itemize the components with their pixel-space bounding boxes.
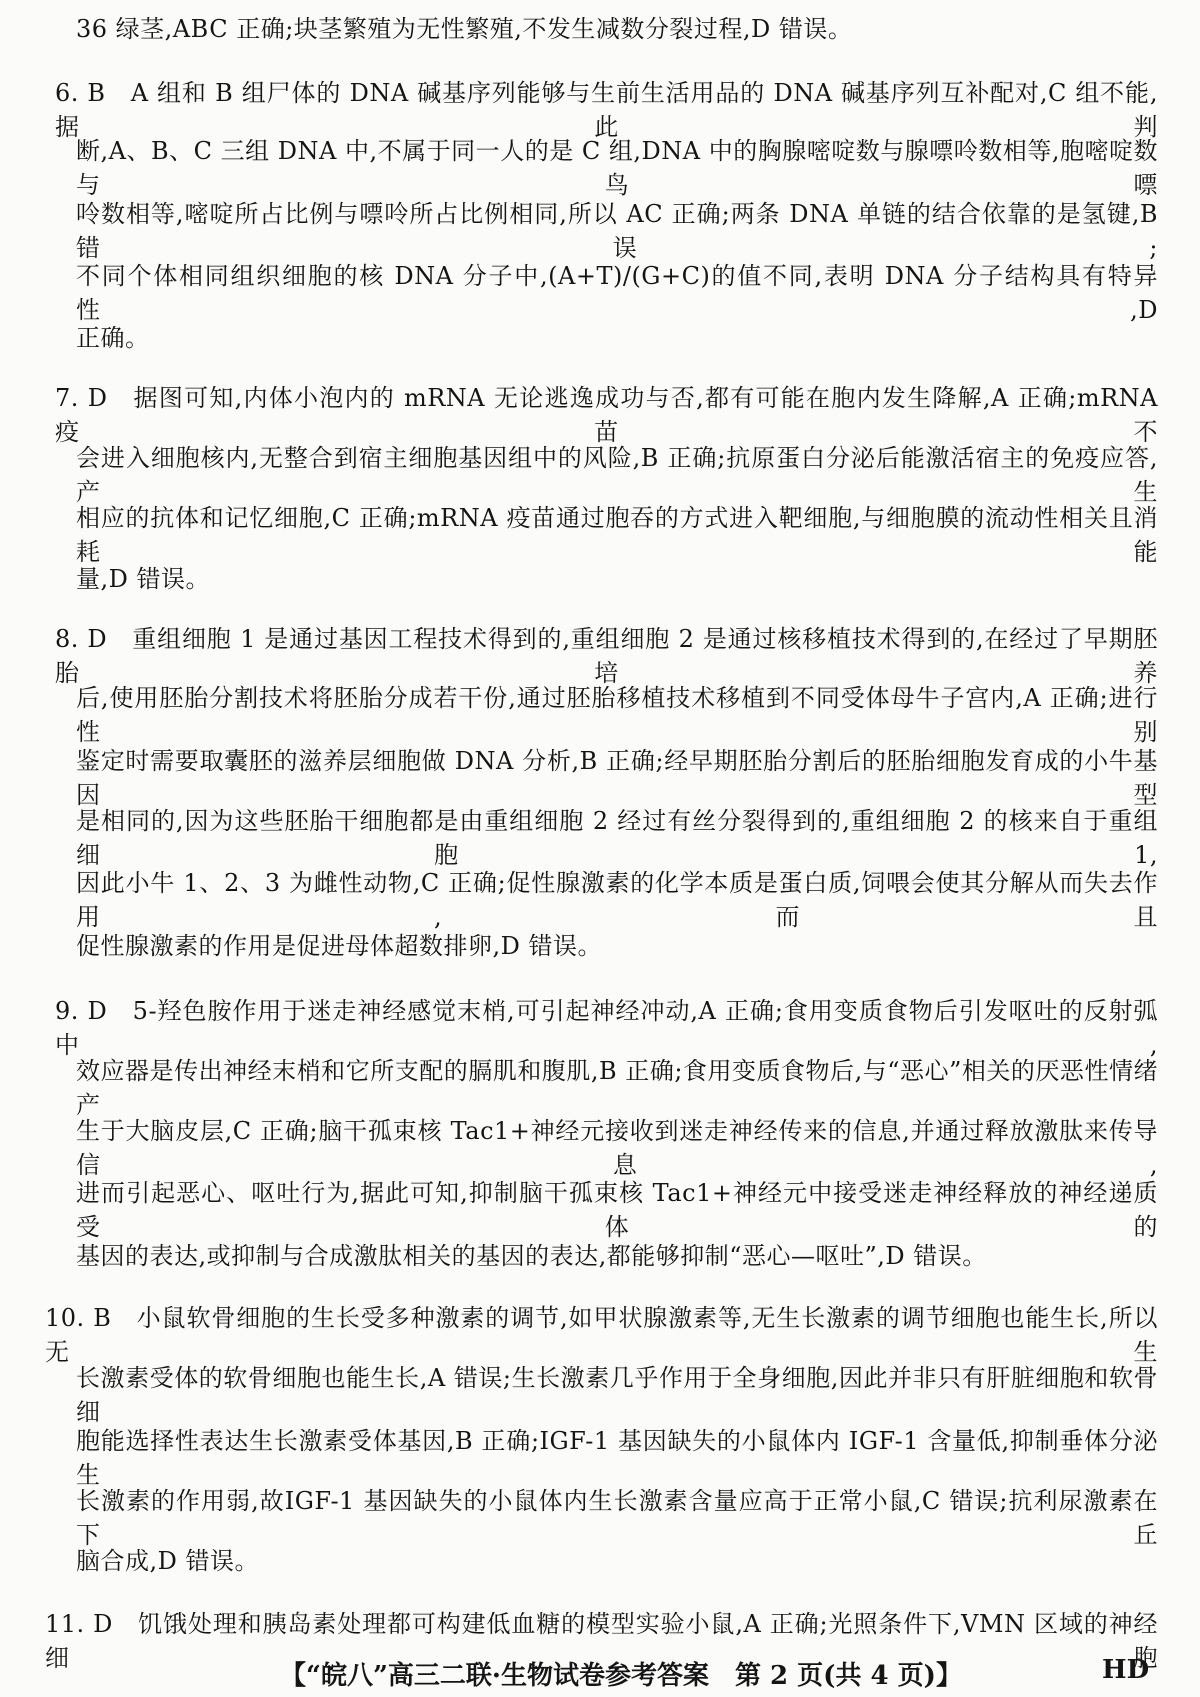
- text-line: 呤数相等,嘧啶所占比例与嘌呤所占比例相同,所以 AC 正确;两条 DNA 单链的…: [76, 197, 1158, 265]
- text-line: 是相同的,因为这些胚胎干细胞都是由重组细胞 2 经过有丝分裂得到的,重组细胞 2…: [76, 804, 1158, 872]
- text-line: 促性腺激素的作用是促进母体超数排卵,D 错误。: [76, 929, 1158, 963]
- text-line: 效应器是传出神经末梢和它所支配的膈肌和腹肌,B 正确;食用变质食物后,与“恶心”…: [76, 1054, 1158, 1122]
- text-line: 量,D 错误。: [76, 562, 1158, 596]
- text-line: 不同个体相同组织细胞的核 DNA 分子中,(A+T)/(G+C)的值不同,表明 …: [76, 259, 1158, 327]
- answer-line-7: 7. D 据图可知,内体小泡内的 mRNA 无论逃逸成功与否,都有可能在胞内发生…: [55, 381, 1158, 449]
- text-line: 因此小牛 1、2、3 为雌性动物,C 正确;促性腺激素的化学本质是蛋白质,饲喂会…: [76, 866, 1158, 934]
- page-footer: 【“皖八”高三二联·生物试卷参考答案 第 2 页(共 4 页)】 HD: [0, 1655, 1200, 1695]
- text-line: 断,A、B、C 三组 DNA 中,不属于同一人的是 C 组,DNA 中的胸腺嘧啶…: [76, 134, 1158, 202]
- text-line: 相应的抗体和记忆细胞,C 正确;mRNA 疫苗通过胞吞的方式进入靶细胞,与细胞膜…: [76, 501, 1158, 569]
- text-line: 基因的表达,或抑制与合成激肽相关的基因的表达,都能够抑制“恶心—呕吐”,D 错误…: [76, 1239, 1158, 1273]
- text-line: 鉴定时需要取囊胚的滋养层细胞做 DNA 分析,B 正确;经早期胚胎分割后的胚胎细…: [76, 744, 1158, 812]
- answer-line-8: 8. D 重组细胞 1 是通过基因工程技术得到的,重组细胞 2 是通过核移植技术…: [55, 622, 1158, 690]
- text-line: 会进入细胞核内,无整合到宿主细胞基因组中的风险,B 正确;抗原蛋白分泌后能激活宿…: [76, 441, 1158, 509]
- text-line: 36 绿茎,ABC 正确;块茎繁殖为无性繁殖,不发生减数分裂过程,D 错误。: [76, 12, 1158, 46]
- text-line: 正确。: [76, 321, 1158, 355]
- text-line: 长激素受体的软骨细胞也能生长,A 错误;生长激素几乎作用于全身细胞,因此并非只有…: [76, 1361, 1158, 1429]
- text-line: 生于大脑皮层,C 正确;脑干孤束核 Tac1+神经元接收到迷走神经传来的信息,并…: [76, 1114, 1158, 1182]
- answer-line-10: 10. B 小鼠软骨细胞的生长受多种激素的调节,如甲状腺激素等,无生长激素的调节…: [45, 1301, 1158, 1369]
- answer-key-page: 36 绿茎,ABC 正确;块茎繁殖为无性繁殖,不发生减数分裂过程,D 错误。 6…: [0, 0, 1200, 1697]
- text-line: 脑合成,D 错误。: [76, 1544, 1158, 1578]
- text-line: 胞能选择性表达生长激素受体基因,B 正确;IGF-1 基因缺失的小鼠体内 IGF…: [76, 1424, 1158, 1492]
- footer-title: 【“皖八”高三二联·生物试卷参考答案 第 2 页(共 4 页)】: [280, 1655, 962, 1692]
- text-line: 长激素的作用弱,故IGF-1 基因缺失的小鼠体内生长激素含量应高于正常小鼠,C …: [76, 1484, 1158, 1552]
- answer-line-9: 9. D 5-羟色胺作用于迷走神经感觉末梢,可引起神经冲动,A 正确;食用变质食…: [55, 994, 1158, 1062]
- footer-code: HD: [1102, 1655, 1149, 1685]
- text-line: 后,使用胚胎分割技术将胚胎分成若干份,通过胚胎移植技术移植到不同受体母牛子宫内,…: [76, 681, 1158, 749]
- text-line: 进而引起恶心、呕吐行为,据此可知,抑制脑干孤束核 Tac1+神经元中接受迷走神经…: [76, 1176, 1158, 1244]
